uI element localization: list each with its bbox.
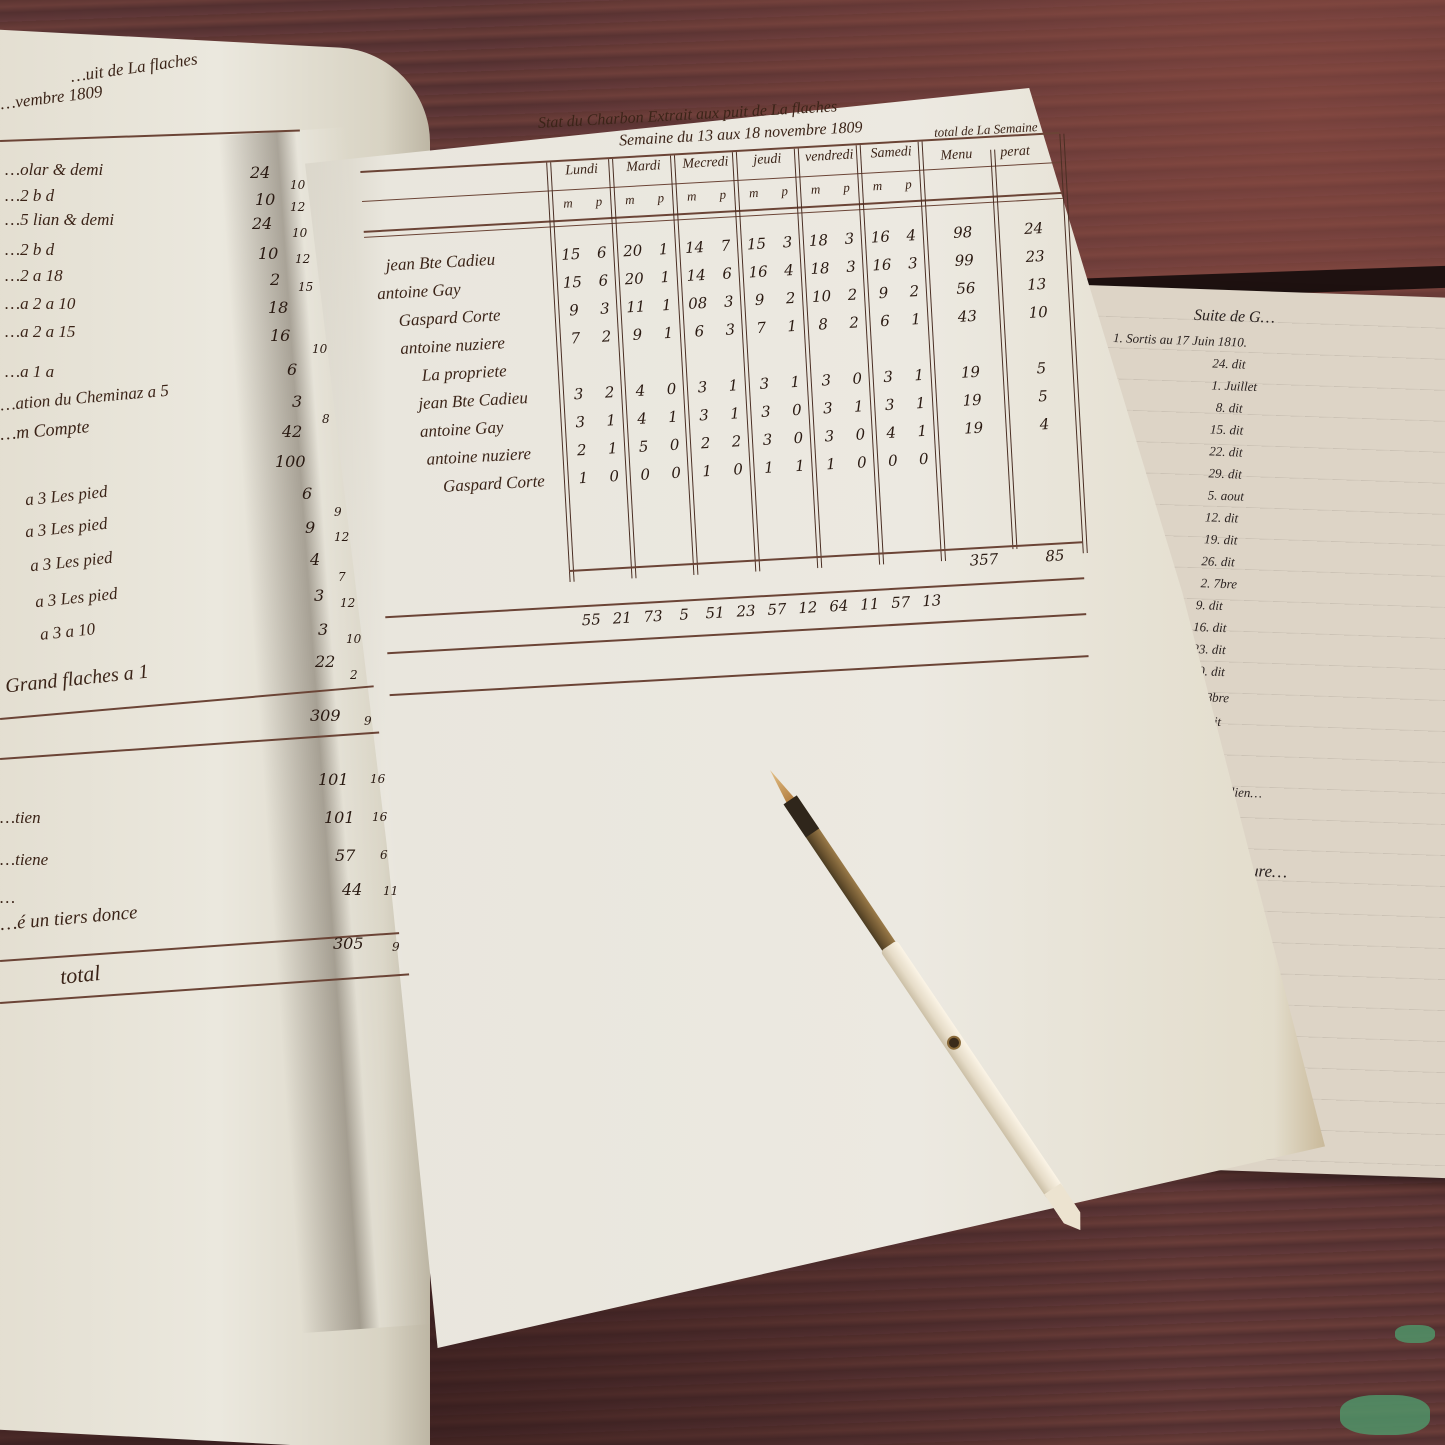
entry-value: 9 <box>334 505 342 519</box>
cell: 2 <box>898 281 930 301</box>
cell: 0 <box>629 465 661 485</box>
cell: 3 <box>686 377 718 397</box>
entry-value: 10 <box>258 244 278 263</box>
cell: 2 <box>775 288 807 308</box>
cell: 1 <box>776 316 808 336</box>
cell: 1 <box>753 458 785 478</box>
column-total: 5 <box>668 605 700 625</box>
entry-value: 15 <box>298 280 313 294</box>
entry-value: 12 <box>334 530 349 544</box>
cell: 10 <box>806 287 838 307</box>
cell: 9 <box>744 290 776 310</box>
cell: 2 <box>838 313 870 333</box>
entry-label: …a 2 a 10 <box>5 294 75 314</box>
entry-value: 2 <box>270 270 280 289</box>
cell: 0 <box>781 400 813 420</box>
cell: 2 <box>837 285 869 305</box>
cell: 1 <box>906 421 938 441</box>
moss-patch <box>1395 1325 1435 1343</box>
cell: 3 <box>688 405 720 425</box>
cell: 1 <box>567 468 599 488</box>
cell: 7 <box>710 236 742 256</box>
total-value: 305 <box>333 934 364 953</box>
cell: 1 <box>651 295 683 315</box>
cell: 14 <box>680 266 712 286</box>
total-value: 9 <box>392 940 400 954</box>
entry-label: … <box>0 888 15 908</box>
perat-header: perat <box>1000 144 1030 162</box>
entry-value: 16 <box>370 772 385 786</box>
cell: 3 <box>713 292 745 312</box>
cell: 6 <box>711 264 743 284</box>
cell: 4 <box>626 409 658 429</box>
worker-names: jean Bte Cadieu antoine Gay Gaspard Cort… <box>365 251 488 509</box>
cell: 1 <box>597 438 629 458</box>
cell: 0 <box>722 460 754 480</box>
cell: 8 <box>807 315 839 335</box>
cell: 3 <box>833 229 865 249</box>
cell: 0 <box>846 453 878 473</box>
cell: 16 <box>742 262 774 282</box>
cell: 15 <box>741 234 773 254</box>
cell: 14 <box>679 238 711 258</box>
cell: 7 <box>745 318 777 338</box>
cell: 20 <box>617 241 649 261</box>
entry-value: 18 <box>268 298 288 317</box>
cell: 1 <box>648 239 680 259</box>
column-total: 73 <box>637 606 669 626</box>
cell: 16 <box>864 227 896 247</box>
entry-value: 6 <box>302 484 312 503</box>
cell: 3 <box>897 253 929 273</box>
entry-label: …a 2 a 15 <box>5 322 75 342</box>
menu-header: Menu <box>940 147 973 165</box>
photo-scene: Suite de G… 1 8 4 11 1. Sortis au 17 Jui… <box>0 0 1445 1445</box>
total-label: total <box>59 960 102 990</box>
cell: 0 <box>844 425 876 445</box>
cell: 3 <box>714 320 746 340</box>
entry-value: 10 <box>346 632 361 646</box>
entry-label: …5 lian & demi <box>5 210 114 230</box>
entry-value: 4 <box>310 550 320 569</box>
cell: 3 <box>750 402 782 422</box>
entry-value: 24 <box>252 214 272 233</box>
entry-value: 12 <box>290 200 305 214</box>
subheader-m: m <box>738 184 770 202</box>
cell: 3 <box>874 395 906 415</box>
entry-label: …tien <box>0 808 41 828</box>
cell: 3 <box>589 299 621 319</box>
cell: 6 <box>587 271 619 291</box>
cell: 0 <box>782 428 814 448</box>
cell: 2 <box>594 383 626 403</box>
cell: 1 <box>843 397 875 417</box>
column-total: 64 <box>823 596 855 616</box>
subtotal-value: 9 <box>364 714 372 728</box>
cell: 6 <box>586 243 618 263</box>
cell: 1 <box>719 404 751 424</box>
entry-value: 10 <box>255 190 275 209</box>
column-total: 12 <box>792 598 824 618</box>
cell: 1 <box>652 323 684 343</box>
entry-value: 8 <box>322 412 330 426</box>
entry-value: 9 <box>305 518 315 537</box>
cell: 3 <box>751 430 783 450</box>
entry-label: …2 a 18 <box>5 266 63 286</box>
entry-value: 16 <box>372 810 387 824</box>
entry-value: 7 <box>338 570 346 584</box>
cell: 0 <box>656 379 688 399</box>
cell: 18 <box>804 259 836 279</box>
column-total: 57 <box>885 593 917 613</box>
entry-value: 10 <box>290 178 305 192</box>
entry-value: 42 <box>282 422 302 441</box>
cell: 4 <box>875 423 907 443</box>
column-total: 13 <box>916 591 948 611</box>
cell: 3 <box>564 412 596 432</box>
cell: 0 <box>908 449 940 469</box>
cell: 20 <box>618 269 650 289</box>
cell: 6 <box>869 311 901 331</box>
cell: 1 <box>595 411 627 431</box>
subheader-m: m <box>800 181 832 199</box>
subheader-m: m <box>552 195 584 213</box>
entry-value: 6 <box>287 360 297 379</box>
cell: 16 <box>866 255 898 275</box>
entry-value: 24 <box>250 163 270 182</box>
column-total: 11 <box>854 594 886 614</box>
cell: 1 <box>903 365 935 385</box>
entry-value: 3 <box>318 620 328 639</box>
cell: 3 <box>772 232 804 252</box>
entry-value: 101 <box>318 770 349 789</box>
entry-value: 3 <box>314 586 324 605</box>
column-total: 21 <box>606 608 638 628</box>
cell: 1 <box>784 456 816 476</box>
entry-value: 22 <box>315 652 335 671</box>
cell: 0 <box>598 466 630 486</box>
entry-value: 2 <box>350 668 358 682</box>
entry-label: …2 b d <box>5 186 54 206</box>
cell: 7 <box>560 328 592 348</box>
column-total: 51 <box>699 603 731 623</box>
entry-label: …tiene <box>0 850 48 870</box>
cell: 9 <box>558 300 590 320</box>
cell: 0 <box>877 451 909 471</box>
entry-value: 10 <box>292 226 307 240</box>
cell: 6 <box>683 321 715 341</box>
subheader-m: m <box>676 188 708 206</box>
entry-value: 57 <box>335 846 355 865</box>
cell: 1 <box>649 267 681 287</box>
cell: 1 <box>779 372 811 392</box>
cell: 3 <box>813 426 845 446</box>
cell: 4 <box>895 225 927 245</box>
cell: 1 <box>900 309 932 329</box>
cell: 2 <box>690 433 722 453</box>
cell: 3 <box>835 257 867 277</box>
column-total: 55 <box>575 610 607 630</box>
cell: 3 <box>872 367 904 387</box>
cell: 9 <box>867 283 899 303</box>
cell: 1 <box>815 454 847 474</box>
entry-value: 10 <box>312 342 327 356</box>
cell: 3 <box>812 398 844 418</box>
cell: 3 <box>810 370 842 390</box>
cell: 0 <box>659 435 691 455</box>
cell: 1 <box>657 407 689 427</box>
cell: 0 <box>841 369 873 389</box>
cell: 2 <box>721 432 753 452</box>
cell: 2 <box>566 440 598 460</box>
cell: 2 <box>590 327 622 347</box>
cell: 5 <box>628 437 660 457</box>
cell: 3 <box>748 374 780 394</box>
entry-value: 100 <box>275 452 306 471</box>
column-total: 23 <box>730 601 762 621</box>
cell: 15 <box>555 245 587 265</box>
entry-value: 3 <box>292 392 302 411</box>
entry-label: …2 b d <box>5 240 54 260</box>
cell: 9 <box>621 325 653 345</box>
cell: 4 <box>625 381 657 401</box>
entry-value: 12 <box>295 252 310 266</box>
cell: 18 <box>802 231 834 251</box>
cell: 1 <box>905 393 937 413</box>
cell: 08 <box>682 294 714 314</box>
entry-label: …olar & demi <box>5 160 103 180</box>
subheader-m: m <box>862 177 894 195</box>
pen-viewer-lens <box>944 1033 963 1052</box>
subtotal-value: 309 <box>310 706 341 725</box>
entry-value: 6 <box>380 848 388 862</box>
entry-value: 12 <box>340 596 355 610</box>
entry-value: 16 <box>270 326 290 345</box>
subheader-m: m <box>614 191 646 209</box>
entry-value: 101 <box>324 808 355 827</box>
entry-value: 11 <box>383 884 398 898</box>
column-total: 57 <box>761 600 793 620</box>
cell: 15 <box>556 272 588 292</box>
entry-value: 44 <box>342 880 362 899</box>
entry-label: …a 1 a <box>5 362 54 382</box>
cell: 4 <box>773 260 805 280</box>
cell: 1 <box>691 461 723 481</box>
cell: 1 <box>717 376 749 396</box>
cell: 11 <box>620 297 652 317</box>
cell: 0 <box>660 463 692 483</box>
cell: 3 <box>563 384 595 404</box>
